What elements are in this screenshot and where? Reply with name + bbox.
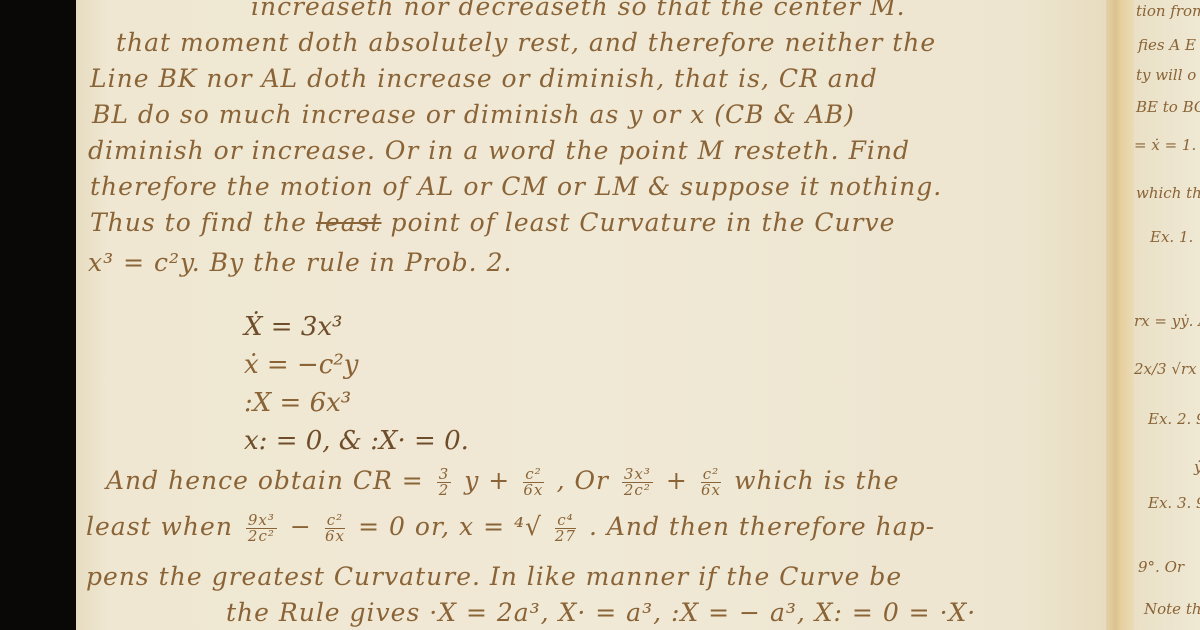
text-line: Ex. 1.: [1150, 228, 1193, 246]
denominator: 2c²: [622, 483, 653, 498]
text-line: Note th: [1144, 600, 1200, 618]
text-line: the Rule gives ·X = 2a³, X· = a³, :X = −…: [226, 598, 976, 627]
dark-background: [0, 0, 76, 630]
denominator: 6x: [701, 483, 721, 498]
text-line: ẏ: [1194, 458, 1200, 476]
math-span: , Or: [557, 466, 609, 495]
math-span: ·X = 2a³, X· = a³, :X = − a³, X: = 0 = ·…: [429, 598, 976, 627]
fraction: c²6x: [701, 467, 721, 498]
denominator: 6x: [523, 483, 543, 498]
equation-1: Ẋ = 3x³: [244, 312, 342, 342]
math-span: y +: [464, 466, 510, 495]
fraction: c⁴27: [555, 513, 576, 544]
text-line: = ẋ = 1. V: [1134, 136, 1200, 154]
text-line: tion from: [1136, 2, 1200, 20]
text-span: point of least Curvature in the Curve: [390, 208, 895, 237]
denominator: 27: [555, 529, 576, 544]
manuscript-page-left: increaseth nor decreaseth so that the ce…: [76, 0, 1106, 630]
text-line: which there: [1136, 184, 1200, 202]
math-span: +: [666, 466, 688, 495]
struck-word: least: [316, 208, 382, 237]
text-span: And hence obtain: [106, 466, 344, 495]
text-line: diminish or increase. Or in a word the p…: [88, 136, 910, 165]
text-line: And hence obtain CR = 32 y + c²6x , Or 3…: [106, 466, 899, 498]
fraction: 32: [437, 467, 452, 498]
text-line: therefore the motion of AL or CM or LM &…: [90, 172, 942, 201]
equation-4: x: = 0, & :X· = 0.: [244, 426, 469, 456]
text-line: that moment doth absolutely rest, and th…: [116, 28, 936, 57]
text-line: Line BK nor AL doth increase or diminish…: [90, 64, 878, 93]
math-span: = 0 or, x = ⁴√: [358, 512, 542, 541]
text-line: increaseth nor decreaseth so that the ce…: [251, 0, 906, 21]
denominator: 2c²: [246, 529, 277, 544]
text-line: pens the greatest Curvature. In like man…: [86, 562, 902, 591]
text-span: which is the: [734, 466, 899, 495]
text-line: x³ = c²y. By the rule in Prob. 2.: [88, 248, 512, 277]
text-span: Thus to find the: [90, 208, 307, 237]
text-line: 9°. Or: [1138, 558, 1184, 576]
fraction: c²6x: [325, 513, 345, 544]
fraction: 9x³2c²: [246, 513, 277, 544]
text-line: Ex. 2. 9: [1148, 410, 1200, 428]
text-line: Thus to find the least point of least Cu…: [90, 208, 895, 237]
equation-2: ẋ = −c²y: [244, 350, 358, 380]
text-line: BL do so much increase or diminish as y …: [92, 100, 855, 129]
equation-3: :X = 6x³: [244, 388, 351, 418]
text-span: the Rule gives: [226, 598, 420, 627]
denominator: 2: [437, 483, 452, 498]
book-gutter: [1106, 0, 1134, 630]
text-span: . And then therefore hap-: [589, 512, 935, 541]
text-line: least when 9x³2c² − c²6x = 0 or, x = ⁴√ …: [86, 512, 935, 544]
manuscript-page-right: tion from fies A E ty will o BE to BC = …: [1134, 0, 1200, 630]
fraction: 3x³2c²: [622, 467, 653, 498]
text-line: Ex. 3. 9: [1148, 494, 1200, 512]
text-line: 2x/3 √rx =: [1134, 360, 1200, 378]
denominator: 6x: [325, 529, 345, 544]
text-line: ty will o: [1136, 66, 1196, 84]
text-line: rx = yẏ. A: [1134, 312, 1200, 330]
text-line: fies A E: [1138, 36, 1196, 54]
math-span: CR =: [353, 466, 433, 495]
text-line: BE to BC: [1136, 98, 1200, 116]
fraction: c²6x: [523, 467, 543, 498]
math-span: −: [290, 512, 312, 541]
text-span: least when: [86, 512, 233, 541]
